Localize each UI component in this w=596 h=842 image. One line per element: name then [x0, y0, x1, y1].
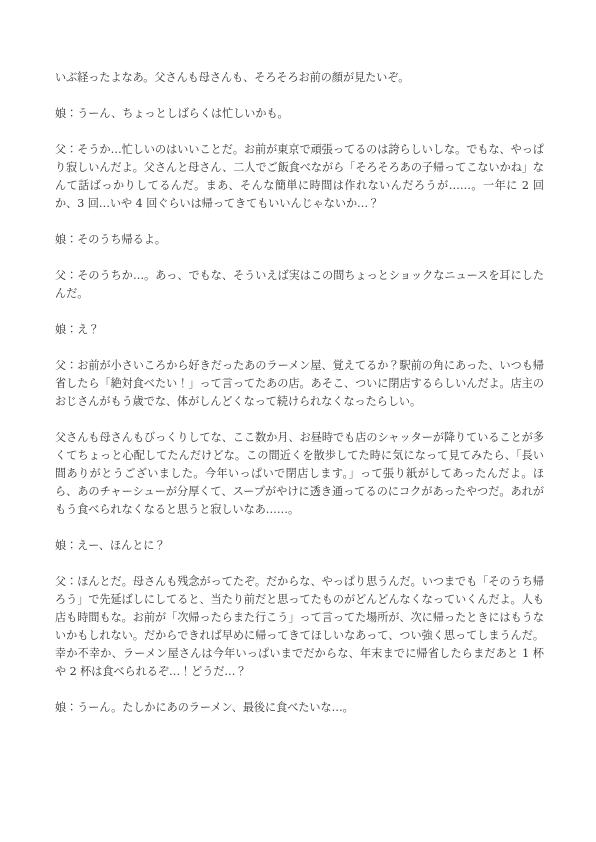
dialogue-paragraph-father: 父：お前が小さいころから好きだったあのラーメン屋、覚えてるか？駅前の角にあった、… — [55, 357, 544, 411]
dialogue-paragraph-father: 父：ほんとだ。母さんも残念がってたぞ。だからな、やっぱり思うんだ。いつまでも「そ… — [55, 573, 544, 681]
dialogue-paragraph-daughter: 娘：え？ — [55, 321, 544, 339]
dialogue-paragraph-daughter: 娘：そのうち帰るよ。 — [55, 231, 544, 249]
dialogue-paragraph-father: 父：そうか…忙しいのはいいことだ。お前が東京で頑張ってるのは誇らしいしな。でもな… — [55, 141, 544, 213]
dialogue-paragraph-daughter: 娘：うーん、ちょっとしばらくは忙しいかも。 — [55, 105, 544, 123]
dialogue-paragraph-father: 父：そのうちか…。あっ、でもな、そういえば実はこの間ちょっとショックなニュースを… — [55, 267, 544, 303]
dialogue-paragraph-father-continued: 父さんも母さんもびっくりしてな、ここ数か月、お昼時でも店のシャッターが降りている… — [55, 429, 544, 519]
dialogue-paragraph-daughter: 娘：えー、ほんとに？ — [55, 537, 544, 555]
document-page: いぶ経ったよなあ。父さんも母さんも、そろそろお前の顔が見たいぞ。 娘：うーん、ち… — [55, 69, 544, 717]
dialogue-paragraph-continuation: いぶ経ったよなあ。父さんも母さんも、そろそろお前の顔が見たいぞ。 — [55, 69, 544, 87]
dialogue-paragraph-daughter: 娘：うーん。たしかにあのラーメン、最後に食べたいな…。 — [55, 699, 544, 717]
